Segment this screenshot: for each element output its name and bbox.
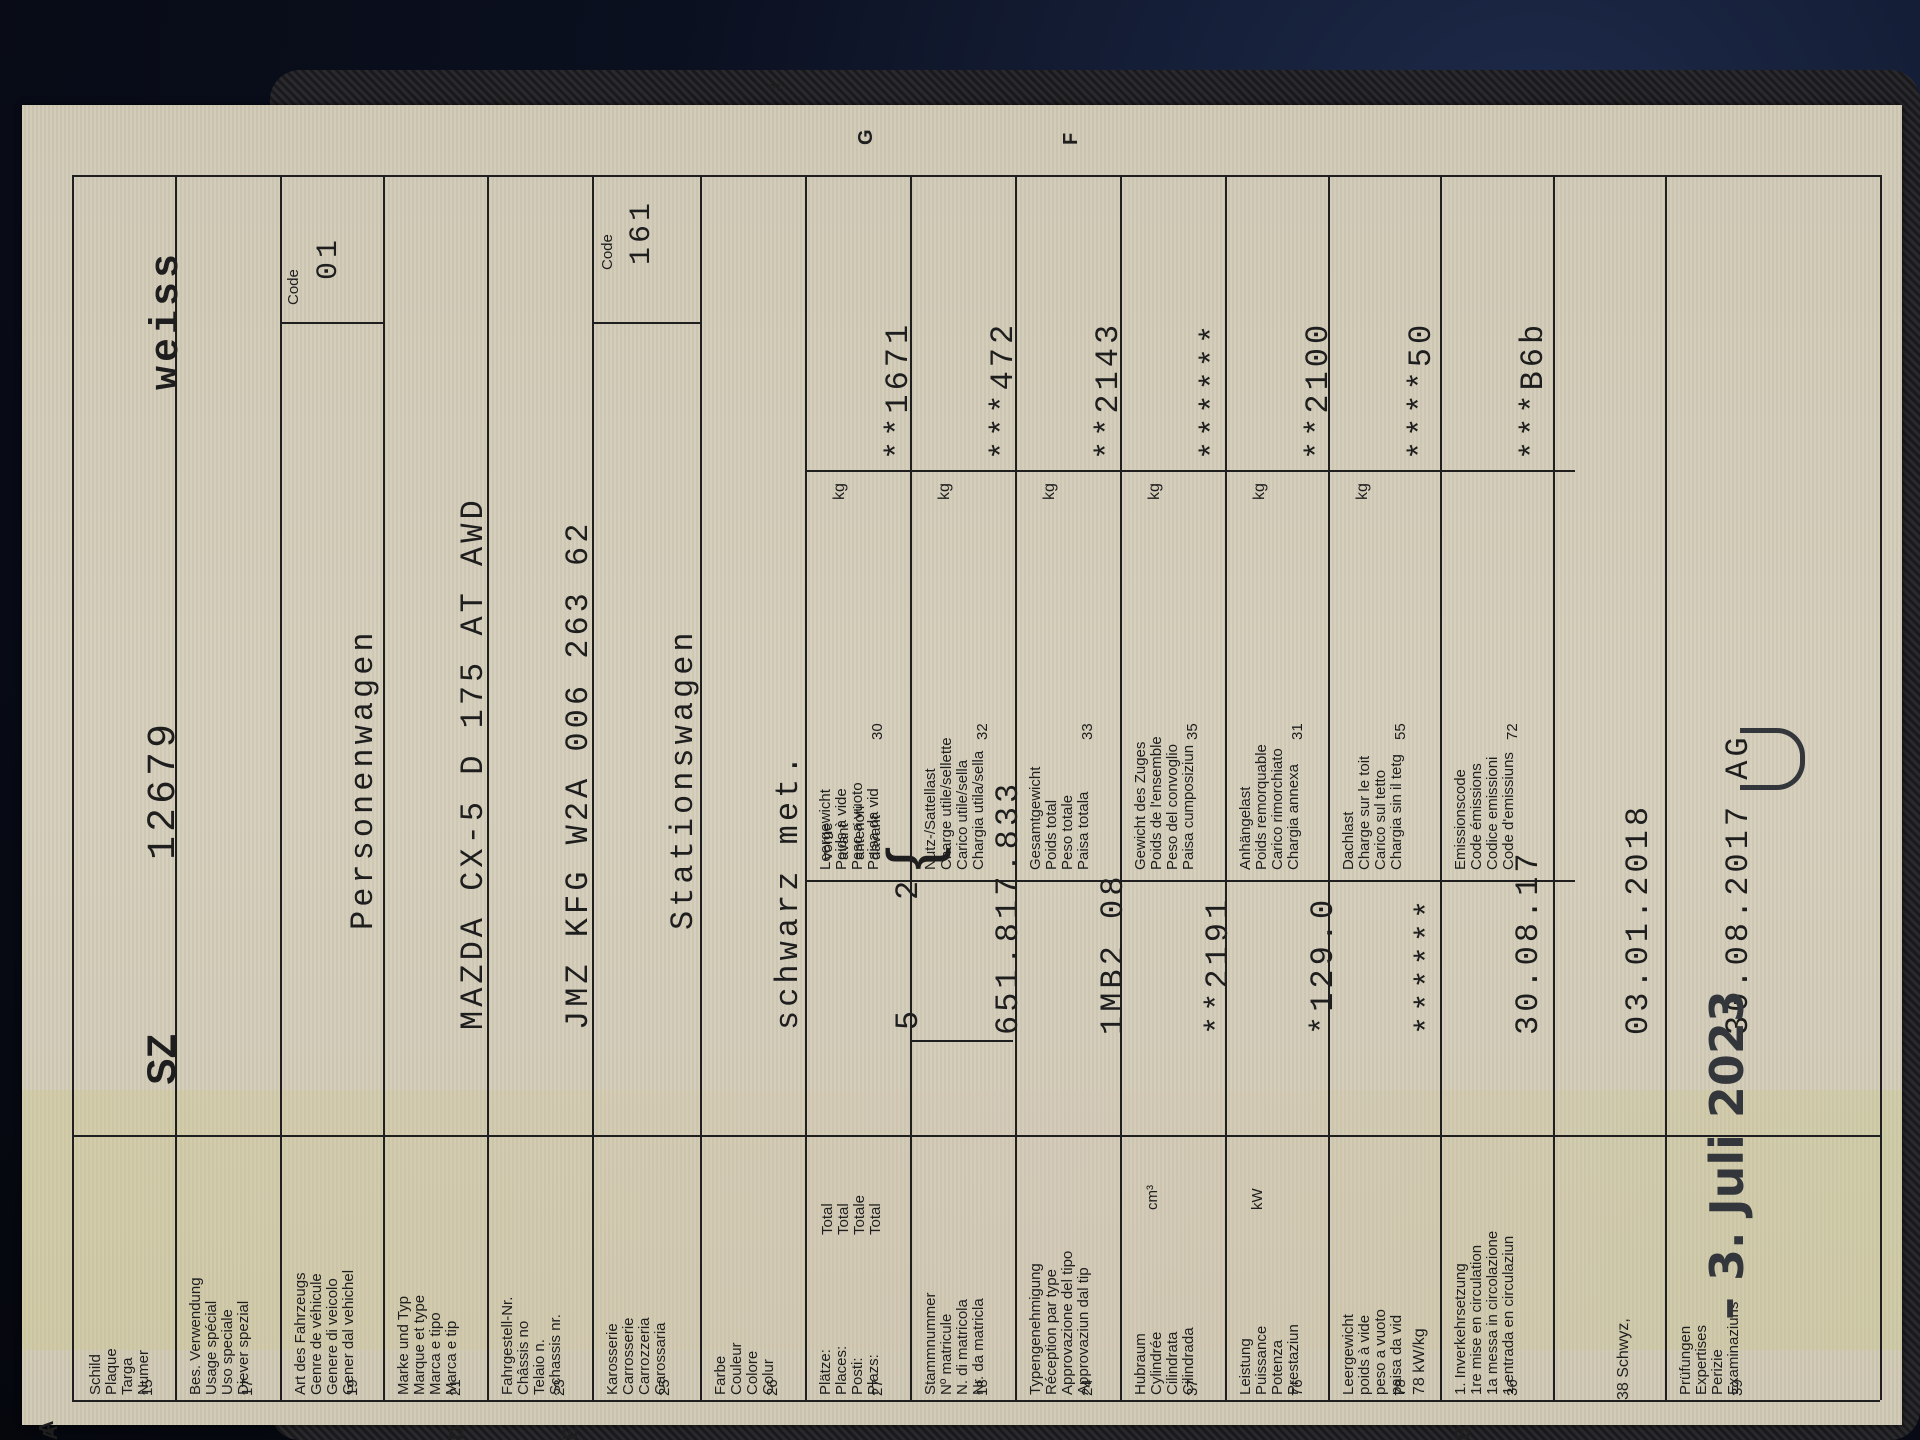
weight-value: **2143 [1090, 321, 1127, 460]
label-line: Charge utile/sellette [939, 737, 955, 870]
label-line: poids à vide [1357, 1309, 1373, 1395]
label-line: Leergewicht [818, 782, 834, 870]
row-divider [280, 175, 282, 1400]
label-line: Leistung [1238, 1324, 1254, 1395]
code-box-divider [280, 322, 384, 324]
field-number: 39 [1730, 1379, 1745, 1396]
label-line: peso a vuoto [1373, 1309, 1389, 1395]
weight-label: DachlastCharge sur le toitCarico sul tet… [1341, 754, 1405, 870]
label-line: Fahrgestell-Nr. [500, 1297, 516, 1395]
field-number: 31 [1290, 723, 1305, 740]
chassis-number-value: JMZ KFG W2A 006 263 62 [560, 520, 597, 1030]
label-line: Châssis no [516, 1297, 532, 1395]
plate-number: 12679 [142, 720, 187, 860]
weight-label: Gewicht des ZugesPoids de l'ensemblePeso… [1133, 736, 1197, 870]
label-line: Emissionscode [1453, 752, 1469, 870]
weight-value: ****50 [1403, 321, 1440, 460]
field-number: 27 [870, 1379, 885, 1396]
frame-bottom [72, 1400, 1880, 1402]
label-line: Plaque [104, 1348, 120, 1395]
field-number: 33 [1080, 723, 1095, 740]
label-line: Stammnummer [923, 1292, 939, 1395]
weight-value: **1671 [880, 321, 917, 460]
page-number: 3 [768, 83, 783, 92]
plate-canton: SZ [140, 1034, 185, 1085]
power-value: *129.0 [1305, 896, 1342, 1035]
label-line: Anhängelast [1238, 744, 1254, 870]
body-type-value: Stationswagen [665, 628, 702, 930]
seats-divider [910, 1040, 1013, 1042]
label-line: Code d'emissiuns [1501, 752, 1517, 870]
label-line: Nº matricule [939, 1292, 955, 1395]
vehicle-kind-label: Art des FahrzeugsGenre de véhiculeGenere… [293, 1270, 357, 1395]
row-divider [1440, 175, 1442, 1400]
place-label: 38 Schwyz, [1616, 1318, 1631, 1400]
label-line: Carrosserie [621, 1317, 637, 1395]
weight-value: ***472 [985, 321, 1022, 460]
vehicle-kind-code: 01 [312, 236, 346, 280]
label-line: Cylindrée [1149, 1327, 1165, 1395]
label-line: Total [820, 1195, 836, 1235]
label-line: Peso del convoglio [1165, 736, 1181, 870]
label-line: Chargia annexa [1286, 744, 1302, 870]
code-box-divider [592, 322, 700, 324]
weight-label: GesamtgewichtPoids totalPeso totalePaisa… [1028, 767, 1092, 870]
label-line: Poids remorquable [1254, 744, 1270, 870]
label-line: Karosserie [605, 1317, 621, 1395]
code-label: Code [286, 269, 301, 305]
label-line: Gener dal vehichel [341, 1270, 357, 1395]
field-number: 76 [1290, 1379, 1305, 1396]
vehicle-kind-value: Personenwagen [345, 628, 382, 930]
field-number: 25 [657, 1379, 672, 1396]
weight-label: AnhängelastPoids remorquableCarico rimor… [1238, 744, 1302, 870]
label-line: Carico utile/sella [955, 737, 971, 870]
weight-label: EmissionscodeCode émissionsCodice emissi… [1453, 752, 1517, 870]
label-line: Code émissions [1469, 752, 1485, 870]
field-number: 72 [1505, 723, 1520, 740]
unit-label: kg [937, 483, 952, 500]
label-line: Total [836, 1195, 852, 1235]
color-value: schwarz met. [770, 752, 807, 1030]
side-letter-b: B [1452, 1426, 1475, 1440]
field-number: 35 [1185, 723, 1200, 740]
label-line: Poids à vide [834, 782, 850, 870]
field-number: 55 [1393, 723, 1408, 740]
type-approval-value: 1MB2 08 [1095, 873, 1132, 1035]
label-line: Carrozzeria [637, 1317, 653, 1395]
label-line: Gewicht des Zuges [1133, 736, 1149, 870]
label-line: Charge sur le toit [1357, 754, 1373, 870]
row-divider [1553, 175, 1555, 1400]
field-number: 36 [1505, 1379, 1520, 1396]
label-line: Carico rimorchiato [1270, 744, 1286, 870]
label-line: Usage spécial [204, 1277, 220, 1395]
label-line: Puissance [1254, 1324, 1270, 1395]
field-number: 78 [1393, 1379, 1408, 1396]
label-line: Targa [120, 1348, 136, 1395]
power-weight-value: ****** [1410, 896, 1447, 1035]
side-letter-f: F [1060, 133, 1083, 145]
label-line: 1.entrada en circulaziun [1501, 1231, 1517, 1395]
frame-left [72, 175, 74, 1400]
plate-color-note: weiss [145, 250, 190, 390]
label-line: Art des Fahrzeugs [293, 1270, 309, 1395]
label-line: Genre de véhicule [309, 1270, 325, 1395]
row-divider [1665, 175, 1667, 1400]
label-line: Approvaziun dal tip [1076, 1251, 1092, 1395]
label-line: Nutz-/Sattellast [923, 737, 939, 870]
weight-value: ***B6b [1515, 321, 1552, 460]
label-line: Poids de l'ensemble [1149, 736, 1165, 870]
label-line: Peso totale [1060, 767, 1076, 870]
label-line: Paisa da vid [866, 782, 882, 870]
label-line: Total [868, 1195, 884, 1235]
label-line: Uso speciale [220, 1277, 236, 1395]
label-line: Plätze: [818, 1346, 834, 1395]
field-number: 21 [448, 1379, 463, 1396]
label-divider [72, 1135, 1880, 1137]
canton-shield-icon [1740, 728, 1805, 790]
label-line: Dachlast [1341, 754, 1357, 870]
label-line: Réception par type [1044, 1251, 1060, 1395]
make-type-value: MAZDA CX-5 D 175 AT AWD [455, 496, 492, 1030]
side-letter-g: G [855, 129, 878, 145]
field-number: 37 [1185, 1379, 1200, 1396]
field-number: 26 [765, 1379, 780, 1396]
first-registration-value: 30.08.17 [1510, 849, 1547, 1035]
field-number: 15 [140, 1379, 155, 1396]
label-line: Genere di veicolo [325, 1270, 341, 1395]
label-line: Colore [745, 1342, 761, 1395]
field-number: 32 [975, 723, 990, 740]
frame-right [1880, 175, 1882, 1400]
label-line: Cilindrata [1165, 1327, 1181, 1395]
seats-total-value: 5 [890, 1007, 927, 1030]
field-number: 19 [345, 1379, 360, 1396]
label-line: Couleur [729, 1342, 745, 1395]
label-line: Carico sul tetto [1373, 754, 1389, 870]
label-line: Chargia utila/sella [971, 737, 987, 870]
label-line: Paisa cumposiziun [1181, 736, 1197, 870]
label-line: N. di matricola [955, 1292, 971, 1395]
label-line: Marca e tipo [428, 1295, 444, 1395]
field-number: 17 [240, 1379, 255, 1396]
seats-total-label: TotalTotalTotaleTotal [820, 1195, 884, 1235]
label-line: Typengenehmigung [1028, 1251, 1044, 1395]
first-registration-label: 1. Inverkehrsetzung1re mise en circulati… [1453, 1231, 1517, 1395]
label-line: Marke und Typ [396, 1295, 412, 1395]
label-line: Posti: [850, 1346, 866, 1395]
label-line: Leergewicht [1341, 1309, 1357, 1395]
inspection-stamp: – 3. Juli 2023 [1700, 990, 1754, 1320]
label-line: Gesamtgewicht [1028, 767, 1044, 870]
special-use-label: Bes. VerwendungUsage spécialUso speciale… [188, 1277, 252, 1395]
label-line: Farbe [713, 1342, 729, 1395]
label-line: Schild [88, 1348, 104, 1395]
label-line: Hubraum [1133, 1327, 1149, 1395]
label-line: Potenza [1270, 1324, 1286, 1395]
label-line: 1a messa in circolazione [1485, 1231, 1501, 1395]
weight-label: Nutz-/SattellastCharge utile/selletteCar… [923, 737, 987, 870]
side-letter-a: A [36, 1421, 59, 1435]
unit-label: kg [1252, 483, 1267, 500]
matriculation-value: 651.817.833 [990, 780, 1027, 1035]
label-line: Chargia sin il tetg [1389, 754, 1405, 870]
side-letter-d: D [446, 1426, 469, 1440]
label-line: Marque et type [412, 1295, 428, 1395]
label-line: Totale [852, 1195, 868, 1235]
label-line: Telaio n. [532, 1297, 548, 1395]
frame-top [72, 175, 1880, 177]
weights-value-divider [805, 470, 1575, 472]
code-label: Code [600, 234, 615, 270]
label-line: Paisa totala [1076, 767, 1092, 870]
label-line: Codice emissioni [1485, 752, 1501, 870]
label-line: Places: [834, 1346, 850, 1395]
label-line: Poids total [1044, 767, 1060, 870]
unit-label: kW [1250, 1188, 1265, 1210]
field-number: 24 [1080, 1379, 1095, 1396]
unit-label: kg [1042, 483, 1057, 500]
power-weight-unit: 78 kW/kg [1412, 1328, 1427, 1395]
seats-front-value: 2 [890, 877, 927, 900]
row-divider [383, 175, 385, 1400]
unit-label: kg [1355, 483, 1370, 500]
unit-label: cm³ [1145, 1185, 1160, 1210]
field-number: 23 [552, 1379, 567, 1396]
label-line: Peso a vuoto [850, 782, 866, 870]
label-line: 1. Inverkehrsetzung [1453, 1231, 1469, 1395]
label-line: Approvazione del tipo [1060, 1251, 1076, 1395]
weight-label: LeergewichtPoids à videPeso a vuotoPaisa… [818, 782, 882, 870]
type-approval-label: TypengenehmigungRéception par typeApprov… [1028, 1251, 1092, 1395]
body-code: 161 [625, 199, 659, 265]
label-line: Bes. Verwendung [188, 1277, 204, 1395]
label-line: 1re mise en circulation [1469, 1231, 1485, 1395]
label-line: Prüfungen [1678, 1302, 1694, 1395]
weight-value: **2100 [1300, 321, 1337, 460]
label-line: Diever spezial [236, 1277, 252, 1395]
field-number: 30 [870, 723, 885, 740]
weight-value: ****** [1195, 321, 1232, 460]
registration-date-value: 03.01.2018 [1620, 803, 1657, 1035]
displacement-value: **2191 [1200, 896, 1237, 1035]
side-letter-e: E [560, 1427, 583, 1440]
field-number: 18 [975, 1379, 990, 1396]
unit-label: kg [832, 483, 847, 500]
unit-label: kg [1147, 483, 1162, 500]
